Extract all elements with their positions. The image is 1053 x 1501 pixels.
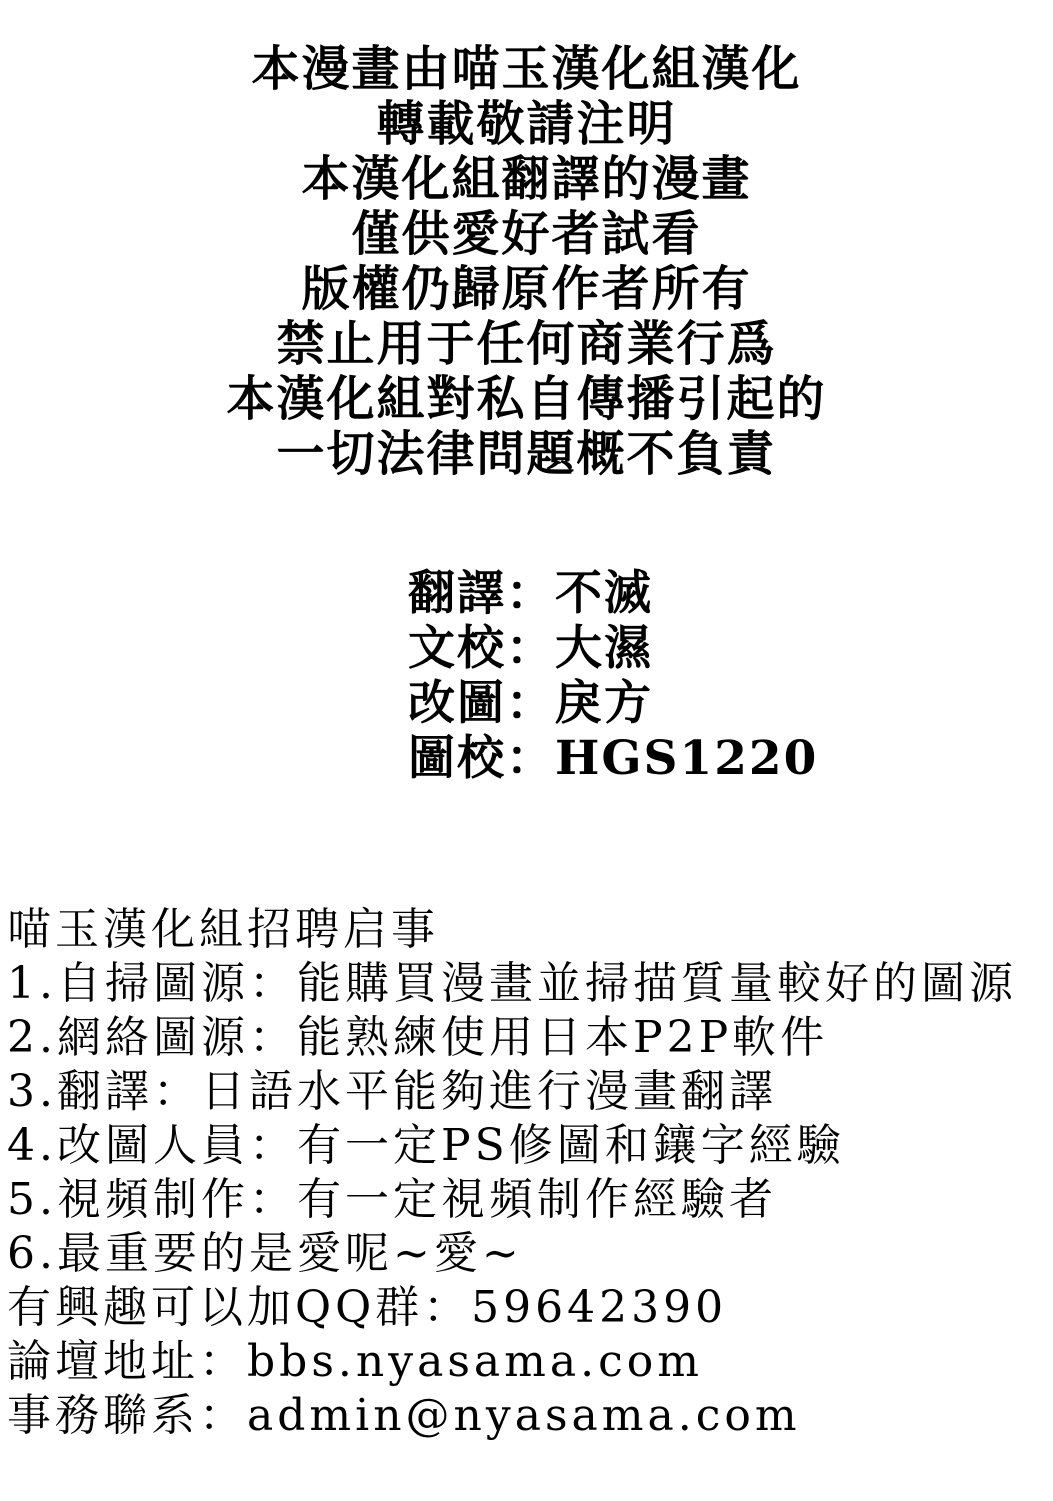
credit-role: 文校 xyxy=(408,621,506,676)
credit-role: 翻譯 xyxy=(408,566,506,621)
recruitment-item: 5.視頻制作：有一定視頻制作經驗者 xyxy=(7,1173,1053,1227)
disclaimer-line: 轉載敬請注明 xyxy=(0,97,1053,152)
credit-name: 戾方 xyxy=(555,676,653,731)
recruitment-contact-qq: 有興趣可以加QQ群：59642390 xyxy=(7,1281,1053,1335)
disclaimer-line: 本漫畫由喵玉漢化組漢化 xyxy=(0,42,1053,97)
credit-name: 不滅 xyxy=(555,566,653,621)
recruitment-contact-email: 事務聯系：admin@nyasama.com xyxy=(7,1389,1053,1443)
credit-separator: ： xyxy=(506,676,555,731)
recruitment-item: 6.最重要的是愛呢~愛~ xyxy=(7,1227,1053,1281)
disclaimer-line: 禁止用于任何商業行爲 xyxy=(0,317,1053,372)
disclaimer-line: 一切法律問題概不負責 xyxy=(0,427,1053,482)
credit-row: 文校：大濕 xyxy=(408,621,818,676)
credit-name: HGS1220 xyxy=(555,731,818,786)
credit-separator: ： xyxy=(506,731,555,786)
disclaimer-line: 僅供愛好者試看 xyxy=(0,207,1053,262)
disclaimer-line: 本漢化組對私自傳播引起的 xyxy=(0,372,1053,427)
recruitment-item: 4.改圖人員：有一定PS修圖和鑲字經驗 xyxy=(7,1119,1053,1173)
credit-row: 圖校：HGS1220 xyxy=(408,731,818,786)
credits-block: 翻譯：不滅 文校：大濕 改圖：戾方 圖校：HGS1220 xyxy=(408,566,818,786)
disclaimer-line: 本漢化組翻譯的漫畫 xyxy=(0,152,1053,207)
credit-role: 改圖 xyxy=(408,676,506,731)
credit-role: 圖校 xyxy=(408,731,506,786)
scanlation-credits-page: 本漫畫由喵玉漢化組漢化 轉載敬請注明 本漢化組翻譯的漫畫 僅供愛好者試看 版權仍… xyxy=(0,0,1053,1501)
credit-name: 大濕 xyxy=(555,621,653,676)
recruitment-title: 喵玉漢化組招聘启事 xyxy=(7,903,1053,957)
credit-separator: ： xyxy=(506,621,555,676)
recruitment-item: 2.網絡圖源：能熟練使用日本P2P軟件 xyxy=(7,1011,1053,1065)
recruitment-block: 喵玉漢化組招聘启事 1.自掃圖源：能購買漫畫並掃描質量較好的圖源 2.網絡圖源：… xyxy=(7,903,1053,1443)
disclaimer-line: 版權仍歸原作者所有 xyxy=(0,262,1053,317)
credit-row: 改圖：戾方 xyxy=(408,676,818,731)
credit-separator: ： xyxy=(506,566,555,621)
credit-row: 翻譯：不滅 xyxy=(408,566,818,621)
recruitment-item: 1.自掃圖源：能購買漫畫並掃描質量較好的圖源 xyxy=(7,957,1053,1011)
recruitment-item: 3.翻譯：日語水平能夠進行漫畫翻譯 xyxy=(7,1065,1053,1119)
disclaimer-block: 本漫畫由喵玉漢化組漢化 轉載敬請注明 本漢化組翻譯的漫畫 僅供愛好者試看 版權仍… xyxy=(0,42,1053,482)
recruitment-contact-forum: 論壇地址：bbs.nyasama.com xyxy=(7,1335,1053,1389)
